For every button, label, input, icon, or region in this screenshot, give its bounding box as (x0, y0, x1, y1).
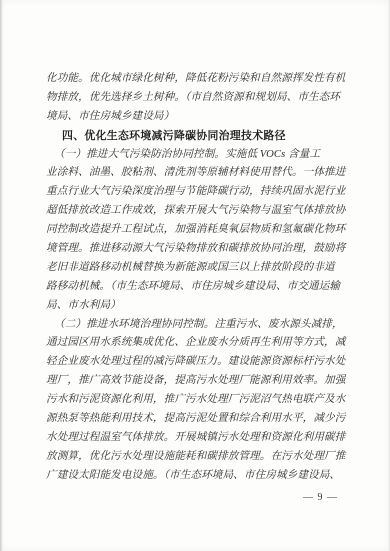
text-line: （一）推进大气污染防治协同控制。实施低 VOCs 含量工 (46, 146, 348, 165)
text-line: 超低排放改造工作成效，探索开展大气污染物与温室气体排放协 (46, 202, 348, 221)
text-line: 广建设太阳能发电设施。（市生态环境局、市住房城乡建设局、 (46, 467, 348, 486)
text-line: （二）推进水环境治理协同控制。注重污水、废水源头减排， (46, 316, 348, 335)
document-page: 化功能。优化城市绿化树种，降低花粉污染和自然源挥发性有机物排放，优先选择乡土树种… (0, 0, 390, 551)
text-line: 水处理过程温室气体排放。开展城镇污水处理和资源化利用碳排 (46, 429, 348, 448)
document-text-block: 化功能。优化城市绿化树种，降低花粉污染和自然源挥发性有机物排放，优先选择乡土树种… (46, 70, 348, 486)
text-line: 境管理。推进移动源大气污染物排放和碳排放协同治理，鼓励将 (46, 240, 348, 259)
text-line: 源热泵等热能利用技术，提高污泥处置和综合利用水平，减少污 (46, 410, 348, 429)
text-line: 老旧非道路移动机械替换为新能源或国三以上排放阶段的非道 (46, 259, 348, 278)
section-heading: 四、优化生态环境减污降碳协同治理技术路径 (46, 127, 348, 146)
text-line: 污水和污泥资源化利用，推广污水处理厂污泥沼气热电联产及水 (46, 391, 348, 410)
page-number: — 9 — (303, 492, 338, 503)
text-line: 重点行业大气污染深度治理与节能降碳行动，持续巩固水泥行业 (46, 183, 348, 202)
text-line: 理厂，推广高效节能设备，提高污水处理厂能源利用效率。加强 (46, 372, 348, 391)
text-line: 物排放，优先选择乡土树种。（市自然资源和规划局、市生态环 (46, 89, 348, 108)
text-line: 局、市水利局） (46, 297, 348, 316)
text-line: 路移动机械。（市生态环境局、市住房城乡建设局、市交通运输 (46, 278, 348, 297)
text-line: 轻企业废水处理过程的减污降碳压力。建设能源资源标杆污水处 (46, 353, 348, 372)
text-line: 放测算，优化污水处理设施能耗和碳排放管理。在污水处理厂推 (46, 448, 348, 467)
scan-edge-left (0, 0, 3, 551)
text-line: 化功能。优化城市绿化树种，降低花粉污染和自然源挥发性有机 (46, 70, 348, 89)
text-line: 同控制改造提升工程试点，加强消耗臭氧层物质和氢氟碳化物环 (46, 221, 348, 240)
text-line: 业涂料、油墨、胶粘剂、清洗剂等原辅材料使用替代。一体推进 (46, 164, 348, 183)
text-line: 境局、市住房城乡建设局） (46, 108, 348, 127)
text-line: 通过园区用水系统集成优化、企业废水分质再生利用等方式，减 (46, 334, 348, 353)
